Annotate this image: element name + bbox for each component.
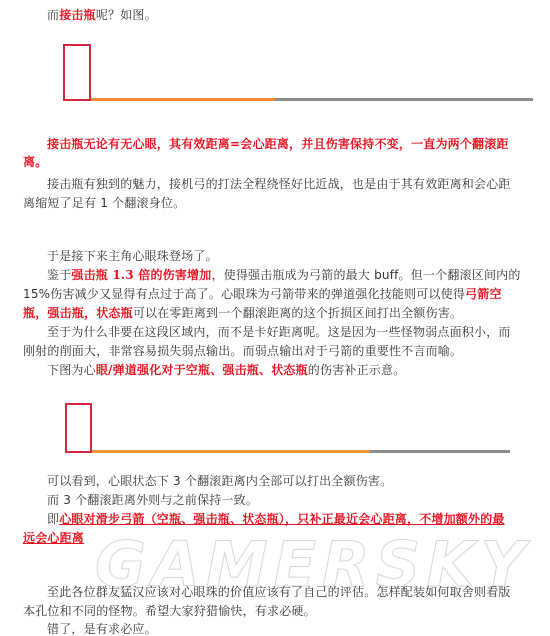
paragraph-4-line-1: 于是接下来主角心眼珠登场了。 [47, 248, 218, 264]
paragraph-5-line-1: 鉴于强击瓶 1.3 倍的伤害增加，使得强击瓶成为弓箭的最大 buff。但一个翻滚… [47, 267, 521, 283]
paragraph-3-line-2: 离缩短了足有 1 个翻滚身位。 [23, 195, 185, 211]
p5-suffix: ，使得强击瓶成为弓箭的最大 buff。但一个翻滚区间内的 [211, 268, 520, 282]
falloff-range-bar [370, 450, 510, 453]
paragraph-5-line-3: 瓶，强击瓶，状态瓶可以在零距离到一个翻滚距离的这个折损区间打出全额伤害。 [23, 305, 462, 321]
p5-highlight: 强击瓶 1.3 倍的伤害增加 [71, 268, 211, 282]
player-position-marker [63, 44, 91, 101]
paragraph-5-line-2: 15%伤害减少又显得有点过于高了。心眼珠为弓箭带来的弹道强化技能则可以使得弓箭空 [23, 286, 502, 302]
effective-range-bar [92, 450, 370, 453]
bold-statement-line-1: 接击瓶无论有无心眼，其有效距离=会心距离，并且伤害保持不变，一直为两个翻滚距 [47, 136, 509, 152]
paragraph-9-line-2: 本孔位和不同的怪物。希望大家狩猎愉快，有求必硬。 [23, 603, 316, 619]
p7-suffix: 的伤害补正示意。 [308, 363, 406, 377]
paragraph-6-line-2: 刚射的削面大，非常容易损失弱点输出。而弱点输出对于弓箭的重要性不言而喻。 [23, 343, 462, 359]
p7-prefix: 下图为心 [47, 363, 96, 377]
falloff-range-bar [275, 98, 533, 101]
paragraph-8-line-2: 而 3 个翻滚距离外则与之前保持一致。 [47, 492, 258, 508]
p5-l2-prefix: 15%伤害减少又显得有点过于高了。心眼珠为弓箭带来的弹道强化技能则可以使得 [23, 287, 465, 301]
paragraph-9-line-1: 至此各位群友猛汉应该对心眼珠的价值应该有了自己的评估。怎样配装如何取舍则看版 [47, 584, 511, 600]
effective-range-bar [91, 98, 275, 101]
paragraph-7-line-1: 下图为心眼/弹道强化对于空瓶、强击瓶、状态瓶的伤害补正示意。 [47, 362, 405, 378]
intro-prefix: 而 [47, 8, 59, 22]
player-position-marker [65, 403, 92, 453]
p5-l3-suffix: 可以在零距离到一个翻滚距离的这个折损区间打出全额伤害。 [133, 306, 462, 320]
p8-prefix: 即 [47, 512, 59, 526]
intro-highlight: 接击瓶 [59, 8, 96, 22]
intro-line: 而接击瓶呢？如图。 [47, 7, 157, 23]
paragraph-8-line-4: 远会心距离 [23, 530, 84, 546]
paragraph-6-line-1: 至于为什么非要在这段区域内，而不是卡好距离呢。这是因为一些怪物弱点面积小，而 [47, 324, 511, 340]
p5-prefix: 鉴于 [47, 268, 71, 282]
paragraph-8-line-3: 即心眼对滑步弓箭（空瓶、强击瓶、状态瓶），只补正最近会心距离，不增加额外的最 [47, 511, 505, 527]
paragraph-8-line-1: 可以看到，心眼状态下 3 个翻滚距离内全部可以打出全额伤害。 [47, 473, 392, 489]
paragraph-3-line-1: 接击瓶有独到的魅力，接机弓的打法全程绕怪好比近战，也是由于其有效距离和会心距 [47, 176, 511, 192]
p5-l3-highlight: 瓶，强击瓶，状态瓶 [23, 306, 133, 320]
paragraph-9-line-3: 错了，是有求必应。 [47, 621, 157, 636]
bold-statement-line-2: 离。 [23, 154, 47, 170]
intro-suffix: 呢？如图。 [96, 8, 157, 22]
p5-l2-highlight: 弓箭空 [465, 287, 502, 301]
p7-highlight: 眼/弹道强化对于空瓶、强击瓶、状态瓶 [96, 363, 308, 377]
p8-highlight: 心眼对滑步弓箭（空瓶、强击瓶、状态瓶），只补正最近会心距离，不增加额外的最 [59, 512, 504, 526]
